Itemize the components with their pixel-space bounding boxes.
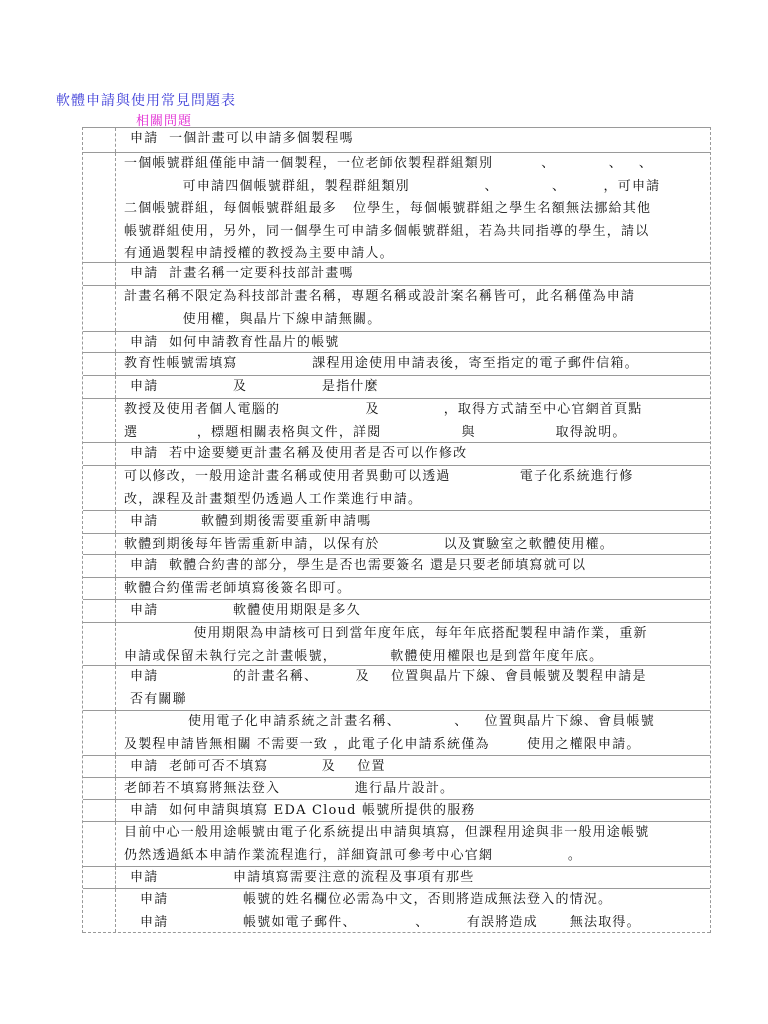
row-number-cell: [83, 822, 116, 866]
text-line: 申請 計畫名稱一定要科技部計畫嗎: [130, 263, 704, 286]
answer-cell: 軟體合約僅需老師填寫後簽名即可。: [116, 578, 710, 599]
text-line: 使用期限為申請核可日到當年度年底，每年年底搭配製程申請作業，重新: [124, 623, 704, 646]
faq-answer-row: 使用期限為申請核可日到當年度年底，每年年底搭配製程申請作業，重新申請或保留未執行…: [83, 622, 710, 665]
answer-cell: 教授及使用者個人電腦的 及 ，取得方式請至中心官網首頁點選 ，標題相關表格與文件…: [116, 399, 710, 442]
faq-answer-row: 軟體合約僅需老師填寫後簽名即可。: [83, 577, 710, 599]
row-number-cell: [83, 711, 116, 755]
text-line: 改，課程及計畫類型仍透過人工作業進行申請。: [124, 489, 704, 512]
question-cell: 申請 及 是指什麼: [116, 376, 710, 398]
text-line: 申請 軟體到期後需要重新申請嗎: [130, 511, 704, 534]
text-line: 申請 如何申請與填寫 EDA Cloud 帳號所提供的服務: [130, 800, 704, 823]
row-number-cell: [83, 534, 116, 554]
text-line: 教育性帳號需填寫 課程用途使用申請表後，寄至指定的電子郵件信箱。: [124, 353, 704, 376]
text-line: 軟體合約僅需老師填寫後簽名即可。: [124, 578, 704, 601]
text-line: 申請 申請填寫需要注意的流程及事項有那些: [130, 867, 704, 890]
row-number-cell: [83, 600, 116, 622]
text-line: 目前中心一般用途帳號由電子化系統提出申請與填寫，但課程用途與非一般用途帳號: [124, 822, 704, 845]
row-number-cell: [83, 800, 116, 821]
text-line: 軟體到期後每年皆需重新申請，以保有於 以及實驗室之軟體使用權。: [124, 534, 704, 557]
text-line: 可申請四個帳號群組，製程群組類別 、 、 ，可申請: [124, 176, 704, 199]
row-number-cell: [83, 353, 116, 375]
faq-question-row: 申請 及 是指什麼: [83, 375, 710, 398]
text-line: 申請 帳號如電子郵件、 、 有誤將造成 無法取得。: [124, 912, 704, 935]
text-line: 申請 帳號的姓名欄位必需為中文，否則將造成無法登入的情況。: [124, 889, 704, 912]
question-cell: 申請 若中途要變更計畫名稱及使用者是否可以作修改: [116, 443, 710, 465]
row-number-cell: [83, 376, 116, 398]
text-line: 申請 及 是指什麼: [130, 376, 704, 399]
question-cell: 申請 一個計畫可以申請多個製程嗎: [116, 128, 710, 152]
text-line: 計畫名稱不限定為科技部計畫名稱，專題名稱或設計案名稱皆可，此名稱僅為申請: [124, 286, 704, 309]
text-line: 申請 若中途要變更計畫名稱及使用者是否可以作修改: [130, 443, 704, 466]
question-cell: 申請 如何申請與填寫 EDA Cloud 帳號所提供的服務: [116, 800, 710, 821]
question-cell: 申請 軟體使用期限是多久: [116, 600, 710, 622]
answer-cell: 目前中心一般用途帳號由電子化系統提出申請與填寫，但課程用途與非一般用途帳號仍然透…: [116, 822, 710, 866]
text-line: 申請 如何申請教育性晶片的帳號: [130, 332, 704, 355]
row-number-cell: [83, 555, 116, 577]
answer-cell: 計畫名稱不限定為科技部計畫名稱，專題名稱或設計案名稱皆可，此名稱僅為申請 使用權…: [116, 286, 710, 331]
row-number-cell: [83, 623, 116, 665]
row-number-cell: [83, 511, 116, 533]
faq-question-row: 申請 老師可否不填寫 及 位置: [83, 755, 710, 777]
faq-question-row: 申請 一個計畫可以申請多個製程嗎: [83, 127, 710, 152]
answer-cell: 一個帳號群組僅能申請一個製程，一位老師依製程群組類別 、 、 、 可申請四個帳號…: [116, 153, 710, 262]
answer-cell: 教育性帳號需填寫 課程用途使用申請表後，寄至指定的電子郵件信箱。: [116, 353, 710, 375]
answer-cell: 申請 帳號的姓名欄位必需為中文，否則將造成無法登入的情況。 申請 帳號如電子郵件…: [116, 889, 710, 932]
answer-cell: 軟體到期後每年皆需重新申請，以保有於 以及實驗室之軟體使用權。: [116, 534, 710, 554]
faq-answer-row: 使用電子化申請系統之計畫名稱、 、 位置與晶片下線、會員帳號及製程申請皆無相關 …: [83, 710, 710, 755]
text-line: 申請 老師可否不填寫 及 位置: [130, 756, 704, 779]
row-number-cell: [83, 466, 116, 510]
row-number-cell: [83, 889, 116, 932]
text-line: 及製程申請皆無相關 不需要一致 ，此電子化申請系統僅為 使用之權限申請。: [124, 734, 704, 757]
faq-question-row: 申請 的計畫名稱、 及 位置與晶片下線、會員帳號及製程申請是否有關聯: [83, 665, 710, 710]
faq-answer-row: 老師若不填寫將無法登入 進行晶片設計。: [83, 777, 710, 799]
faq-answer-row: 目前中心一般用途帳號由電子化系統提出申請與填寫，但課程用途與非一般用途帳號仍然透…: [83, 821, 710, 866]
row-number-cell: [83, 332, 116, 352]
faq-answer-row: 可以修改，一般用途計畫名稱或使用者異動可以透過 電子化系統進行修改，課程及計畫類…: [83, 465, 710, 510]
faq-question-row: 申請 若中途要變更計畫名稱及使用者是否可以作修改: [83, 442, 710, 465]
faq-question-row: 申請 如何申請教育性晶片的帳號: [83, 331, 710, 352]
document-title: 軟體申請與使用常見問題表: [56, 90, 236, 110]
row-number-cell: [83, 778, 116, 799]
faq-question-row: 申請 申請填寫需要注意的流程及事項有那些: [83, 866, 710, 888]
text-line: 一個帳號群組僅能申請一個製程，一位老師依製程群組類別 、 、 、: [124, 153, 704, 176]
faq-answer-row: 申請 帳號的姓名欄位必需為中文，否則將造成無法登入的情況。 申請 帳號如電子郵件…: [83, 888, 710, 933]
question-cell: 申請 計畫名稱一定要科技部計畫嗎: [116, 263, 710, 285]
text-line: 使用權，與晶片下線申請無關。: [124, 309, 704, 332]
row-number-cell: [83, 578, 116, 599]
row-number-cell: [83, 666, 116, 710]
row-number-cell: [83, 128, 116, 152]
question-cell: 申請 軟體合約書的部分，學生是否也需要簽名 還是只要老師填寫就可以: [116, 555, 710, 577]
text-line: 二個帳號群組，每個帳號群組最多 位學生，每個帳號群組之學生名額無法挪給其他: [124, 198, 704, 221]
text-line: 仍然透過紙本申請作業流程進行，詳細資訊可參考中心官網 。: [124, 845, 704, 868]
faq-question-row: 申請 軟體到期後需要重新申請嗎: [83, 510, 710, 533]
answer-cell: 使用期限為申請核可日到當年度年底，每年年底搭配製程申請作業，重新申請或保留未執行…: [116, 623, 710, 665]
text-line: 申請 的計畫名稱、 及 位置與晶片下線、會員帳號及製程申請是: [130, 666, 704, 689]
faq-table: 申請 一個計畫可以申請多個製程嗎一個帳號群組僅能申請一個製程，一位老師依製程群組…: [82, 127, 711, 933]
text-line: 老師若不填寫將無法登入 進行晶片設計。: [124, 778, 704, 801]
answer-cell: 使用電子化申請系統之計畫名稱、 、 位置與晶片下線、會員帳號及製程申請皆無相關 …: [116, 711, 710, 755]
row-number-cell: [83, 756, 116, 777]
faq-question-row: 申請 軟體合約書的部分，學生是否也需要簽名 還是只要老師填寫就可以: [83, 554, 710, 577]
faq-answer-row: 教育性帳號需填寫 課程用途使用申請表後，寄至指定的電子郵件信箱。: [83, 352, 710, 375]
text-line: 申請 軟體使用期限是多久: [130, 600, 704, 623]
row-number-cell: [83, 443, 116, 465]
answer-cell: 老師若不填寫將無法登入 進行晶片設計。: [116, 778, 710, 799]
question-cell: 申請 的計畫名稱、 及 位置與晶片下線、會員帳號及製程申請是否有關聯: [116, 666, 710, 710]
row-number-cell: [83, 867, 116, 888]
row-number-cell: [83, 153, 116, 262]
text-line: 教授及使用者個人電腦的 及 ，取得方式請至中心官網首頁點: [124, 399, 704, 422]
faq-question-row: 申請 如何申請與填寫 EDA Cloud 帳號所提供的服務: [83, 799, 710, 821]
faq-answer-row: 一個帳號群組僅能申請一個製程，一位老師依製程群組類別 、 、 、 可申請四個帳號…: [83, 152, 710, 262]
text-line: 申請 一個計畫可以申請多個製程嗎: [130, 128, 704, 151]
text-line: 帳號群組使用，另外，同一個學生可申請多個帳號群組，若為共同指導的學生，請以: [124, 221, 704, 244]
question-cell: 申請 申請填寫需要注意的流程及事項有那些: [116, 867, 710, 888]
question-cell: 申請 如何申請教育性晶片的帳號: [116, 332, 710, 352]
text-line: 申請 軟體合約書的部分，學生是否也需要簽名 還是只要老師填寫就可以: [130, 555, 704, 578]
text-line: 否有關聯: [130, 689, 704, 712]
text-line: 可以修改，一般用途計畫名稱或使用者異動可以透過 電子化系統進行修: [124, 466, 704, 489]
faq-answer-row: 教授及使用者個人電腦的 及 ，取得方式請至中心官網首頁點選 ，標題相關表格與文件…: [83, 398, 710, 442]
row-number-cell: [83, 263, 116, 285]
faq-question-row: 申請 計畫名稱一定要科技部計畫嗎: [83, 262, 710, 285]
row-number-cell: [83, 286, 116, 331]
question-cell: 申請 軟體到期後需要重新申請嗎: [116, 511, 710, 533]
faq-question-row: 申請 軟體使用期限是多久: [83, 599, 710, 622]
answer-cell: 可以修改，一般用途計畫名稱或使用者異動可以透過 電子化系統進行修改，課程及計畫類…: [116, 466, 710, 510]
text-line: 選 ，標題相關表格與文件，詳閱 與 取得說明。: [124, 422, 704, 445]
text-line: 申請或保留未執行完之計畫帳號， 軟體使用權限也是到當年度年底。: [124, 646, 704, 669]
faq-answer-row: 軟體到期後每年皆需重新申請，以保有於 以及實驗室之軟體使用權。: [83, 533, 710, 554]
row-number-cell: [83, 399, 116, 442]
question-cell: 申請 老師可否不填寫 及 位置: [116, 756, 710, 777]
text-line: 使用電子化申請系統之計畫名稱、 、 位置與晶片下線、會員帳號: [124, 711, 704, 734]
faq-answer-row: 計畫名稱不限定為科技部計畫名稱，專題名稱或設計案名稱皆可，此名稱僅為申請 使用權…: [83, 285, 710, 331]
